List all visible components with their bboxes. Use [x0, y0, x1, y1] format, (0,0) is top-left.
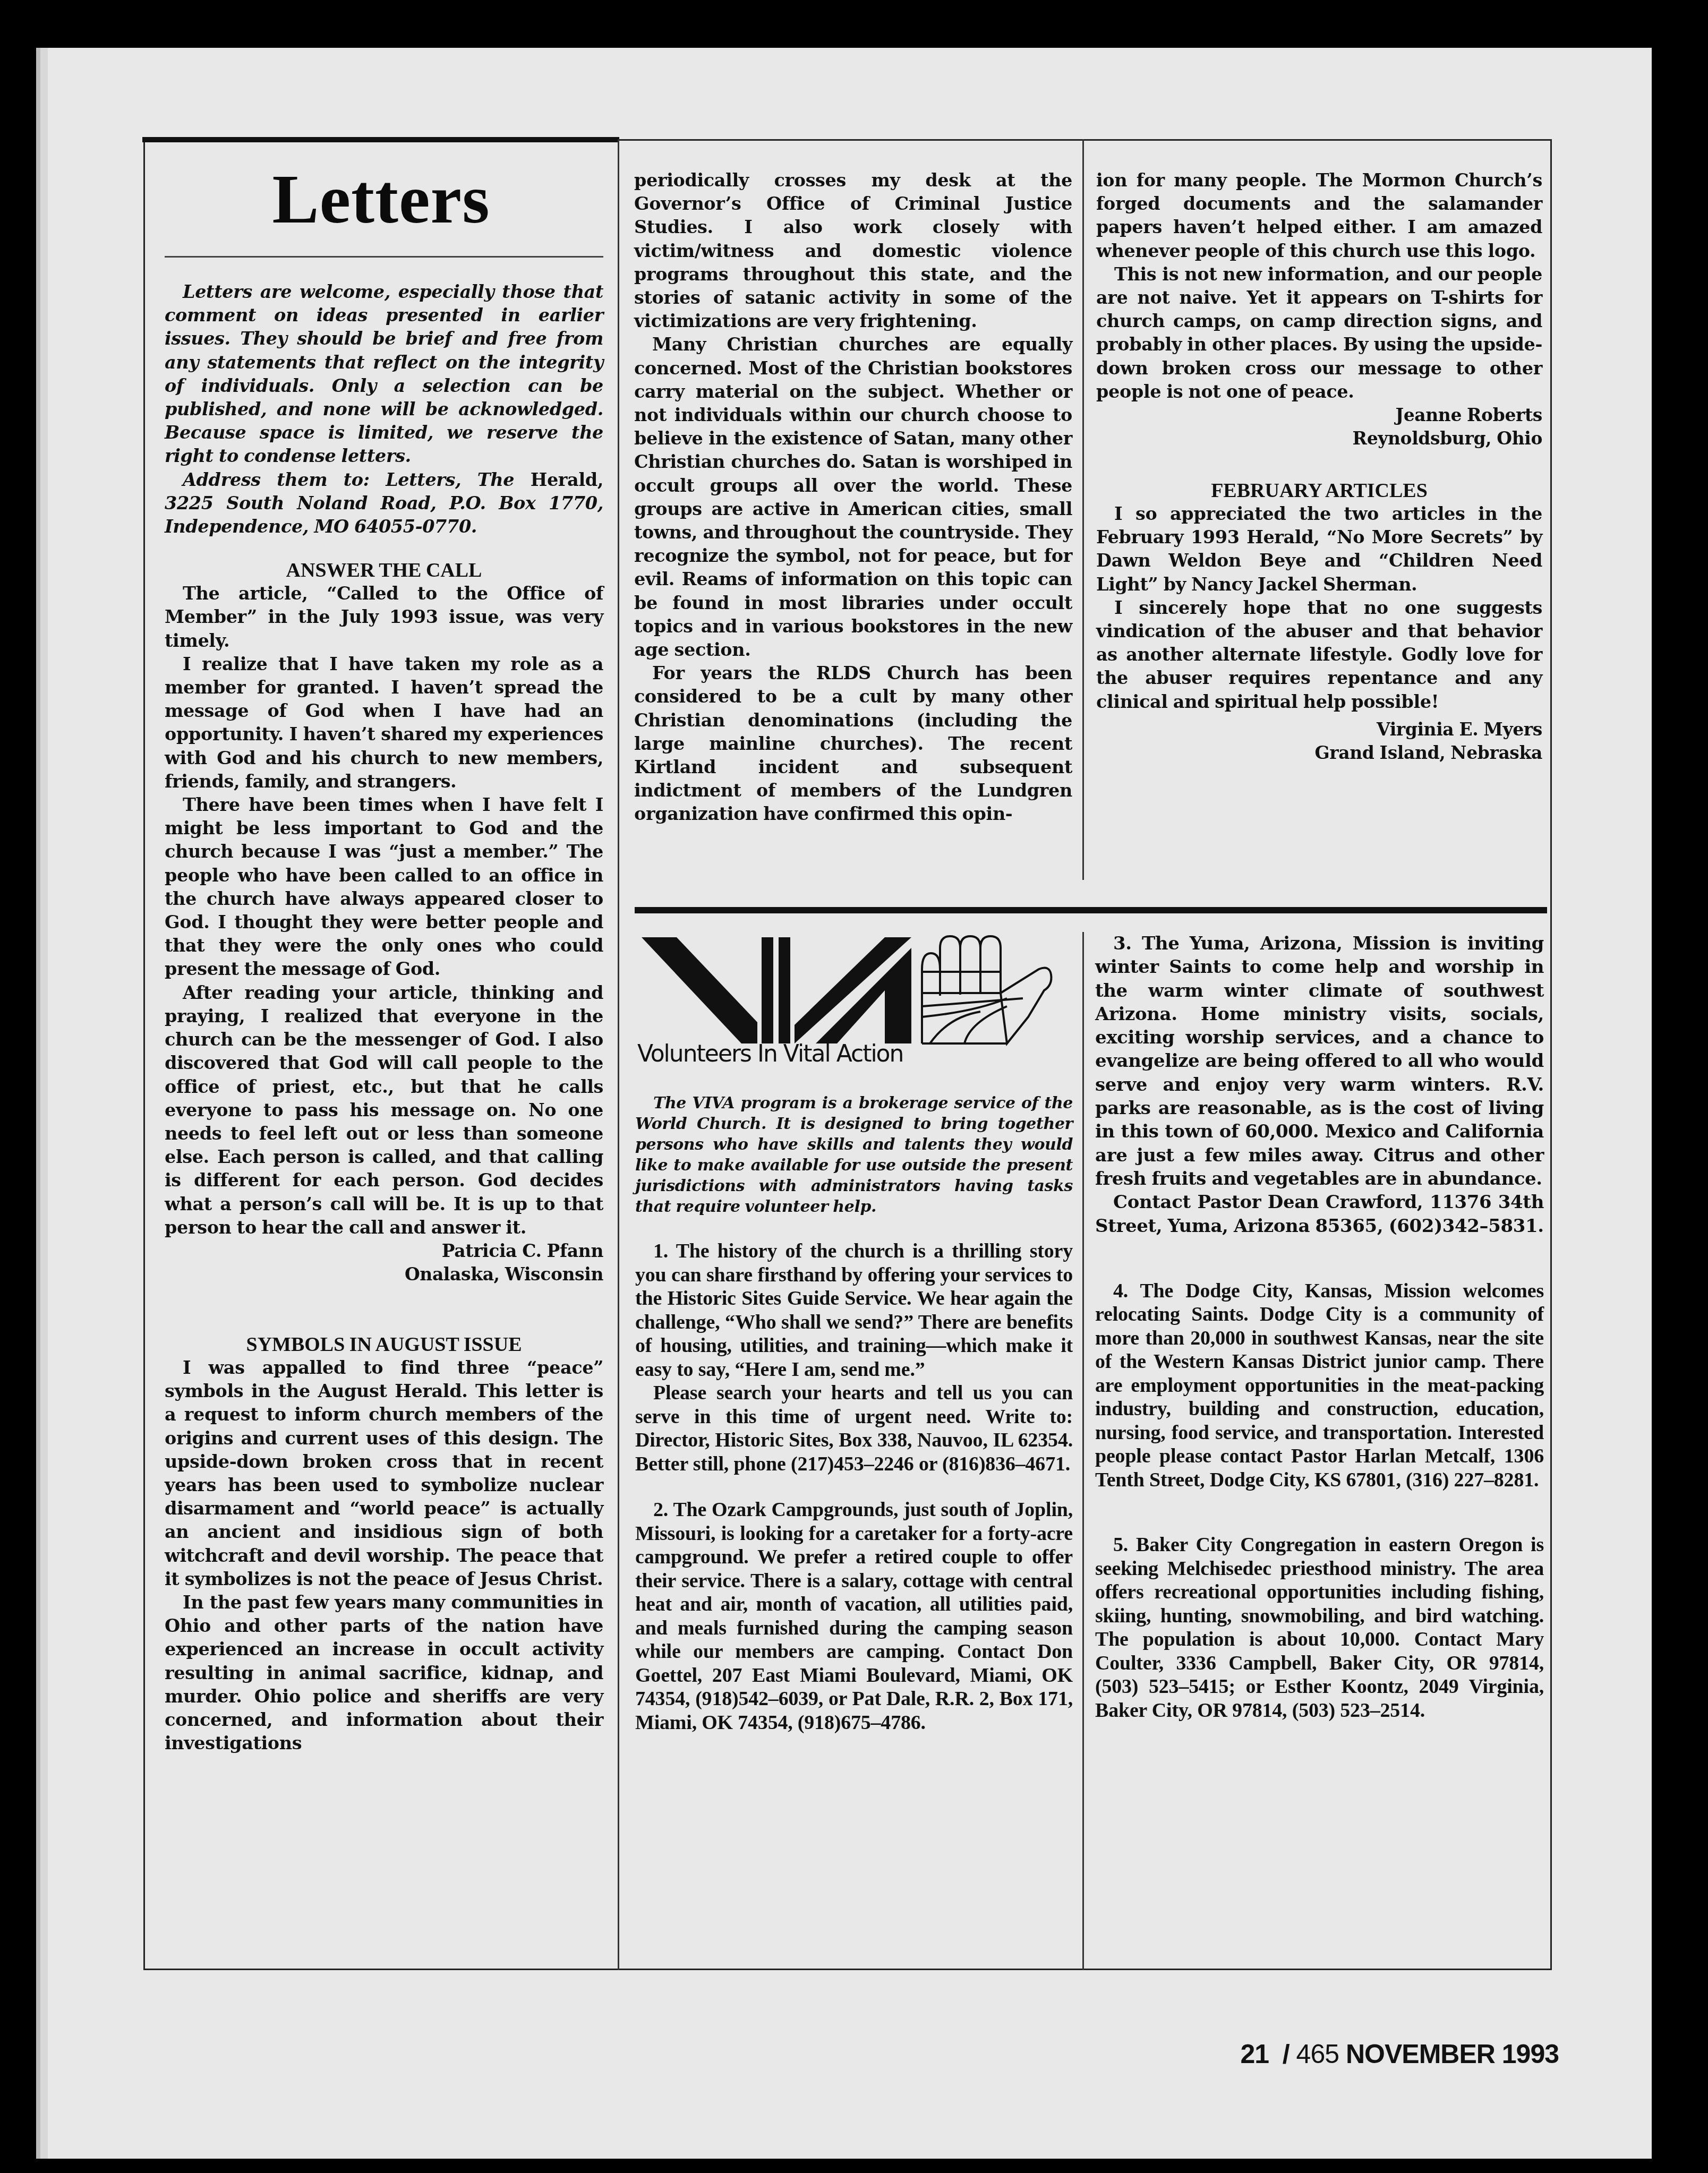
viva-section-rule	[635, 907, 1547, 913]
letters-column-3: ion for many people. The Mormon Church’s…	[1096, 169, 1542, 765]
letter-heading: SYMBOLS IN AUGUST ISSUE	[165, 1333, 603, 1356]
column-divider-1	[618, 139, 619, 1970]
title-underline	[165, 256, 603, 258]
section-title: Letters	[143, 159, 619, 239]
letter-location: Reynoldsburg, Ohio	[1096, 427, 1542, 450]
issue-date: NOVEMBER 1993	[1346, 2039, 1559, 2069]
letter-paragraph: For years the RLDS Church has been consi…	[634, 662, 1072, 826]
letter-author: Virginia E. Myers	[1096, 718, 1542, 741]
letter-paragraph: In the past few years many communities i…	[165, 1591, 603, 1755]
viva-logo	[635, 932, 1081, 1054]
letter-paragraph: I was appalled to find three “peace” sym…	[165, 1356, 603, 1591]
viva-item-paragraph: 5. Baker City Congregation in eastern Or…	[1095, 1533, 1544, 1722]
letters-column-2: periodically crosses my desk at the Gove…	[634, 169, 1072, 826]
page-footer: 21 / 465 NOVEMBER 1993	[1240, 2038, 1559, 2070]
letter-paragraph: There have been times when I have felt I…	[165, 793, 603, 981]
column-divider-2-lower	[1082, 932, 1084, 1970]
letter-location: Onalaska, Wisconsin	[165, 1263, 603, 1286]
volume-page-number: 465	[1296, 2039, 1339, 2069]
address-lead: Address them to: Letters, The	[183, 469, 514, 490]
letter-paragraph: I so appreciated the two articles in the…	[1096, 502, 1542, 596]
viva-item-3: 3. The Yuma, Arizona, Mission is invitin…	[1095, 932, 1544, 1238]
letter-heading: FEBRUARY ARTICLES	[1096, 479, 1542, 502]
letter-author: Patricia C. Pfann	[165, 1239, 603, 1263]
viva-intro: The VIVA program is a brokerage service …	[635, 1093, 1073, 1217]
letters-top-rule	[142, 137, 619, 142]
viva-intro-text: The VIVA program is a brokerage service …	[635, 1093, 1073, 1217]
letters-policy: Letters are welcome, especially those th…	[165, 280, 603, 538]
page-number: 21	[1240, 2039, 1269, 2069]
page-separator: /	[1283, 2039, 1289, 2069]
open-hand-icon	[922, 936, 1051, 1043]
viva-item-paragraph: 3. The Yuma, Arizona, Mission is invitin…	[1095, 932, 1544, 1191]
letter-paragraph: Many Christian churches are equally conc…	[634, 333, 1072, 662]
letter-heading: ANSWER THE CALL	[165, 559, 603, 582]
viva-item-paragraph: 1. The history of the church is a thrill…	[635, 1239, 1073, 1381]
viva-item-4: 4. The Dodge City, Kansas, Mission welco…	[1095, 1279, 1544, 1492]
letter-author: Jeanne Roberts	[1096, 404, 1542, 427]
viva-tagline: Volunteers In Vital Action	[637, 1038, 1009, 1070]
viva-item-5: 5. Baker City Congregation in eastern Or…	[1095, 1533, 1544, 1722]
letters-column-1: Letters are welcome, especially those th…	[165, 280, 603, 1755]
letter-paragraph: This is not new information, and our peo…	[1096, 263, 1542, 404]
viva-item-paragraph: 2. The Ozark Campgrounds, just south of …	[635, 1498, 1073, 1734]
viva-item-paragraph: 4. The Dodge City, Kansas, Mission welco…	[1095, 1279, 1544, 1492]
letter-paragraph-continued: ion for many people. The Mormon Church’s…	[1096, 169, 1542, 263]
viva-item-paragraph: Please search your hearts and tell us yo…	[635, 1381, 1073, 1476]
viva-item-2: 2. The Ozark Campgrounds, just south of …	[635, 1498, 1073, 1734]
viva-item-1: 1. The history of the church is a thrill…	[635, 1239, 1073, 1476]
address-herald: Herald,	[531, 469, 603, 490]
viva-column-2: 3. The Yuma, Arizona, Mission is invitin…	[1095, 932, 1544, 1722]
letter-paragraph: The article, “Called to the Office of Me…	[165, 582, 603, 653]
viva-item-paragraph: Contact Pastor Dean Crawford, 11376 34th…	[1095, 1191, 1544, 1238]
viva-wordmark	[642, 937, 918, 1043]
letter-paragraph: I sincerely hope that no one suggests vi…	[1096, 596, 1542, 714]
policy-text: Letters are welcome, especially those th…	[165, 280, 603, 468]
letter-location: Grand Island, Nebraska	[1096, 741, 1542, 765]
letter-paragraph: I realize that I have taken my role as a…	[165, 653, 603, 793]
column-divider-2-upper	[1082, 139, 1084, 880]
viva-column-1: The VIVA program is a brokerage service …	[635, 1093, 1073, 1734]
address-text: Address them to: Letters, The Herald, 32…	[165, 468, 603, 539]
address-rest: 3225 South Noland Road, P.O. Box 1770, I…	[165, 493, 603, 537]
letter-paragraph: After reading your article, thinking and…	[165, 981, 603, 1239]
letter-paragraph-continued: periodically crosses my desk at the Gove…	[634, 169, 1072, 333]
